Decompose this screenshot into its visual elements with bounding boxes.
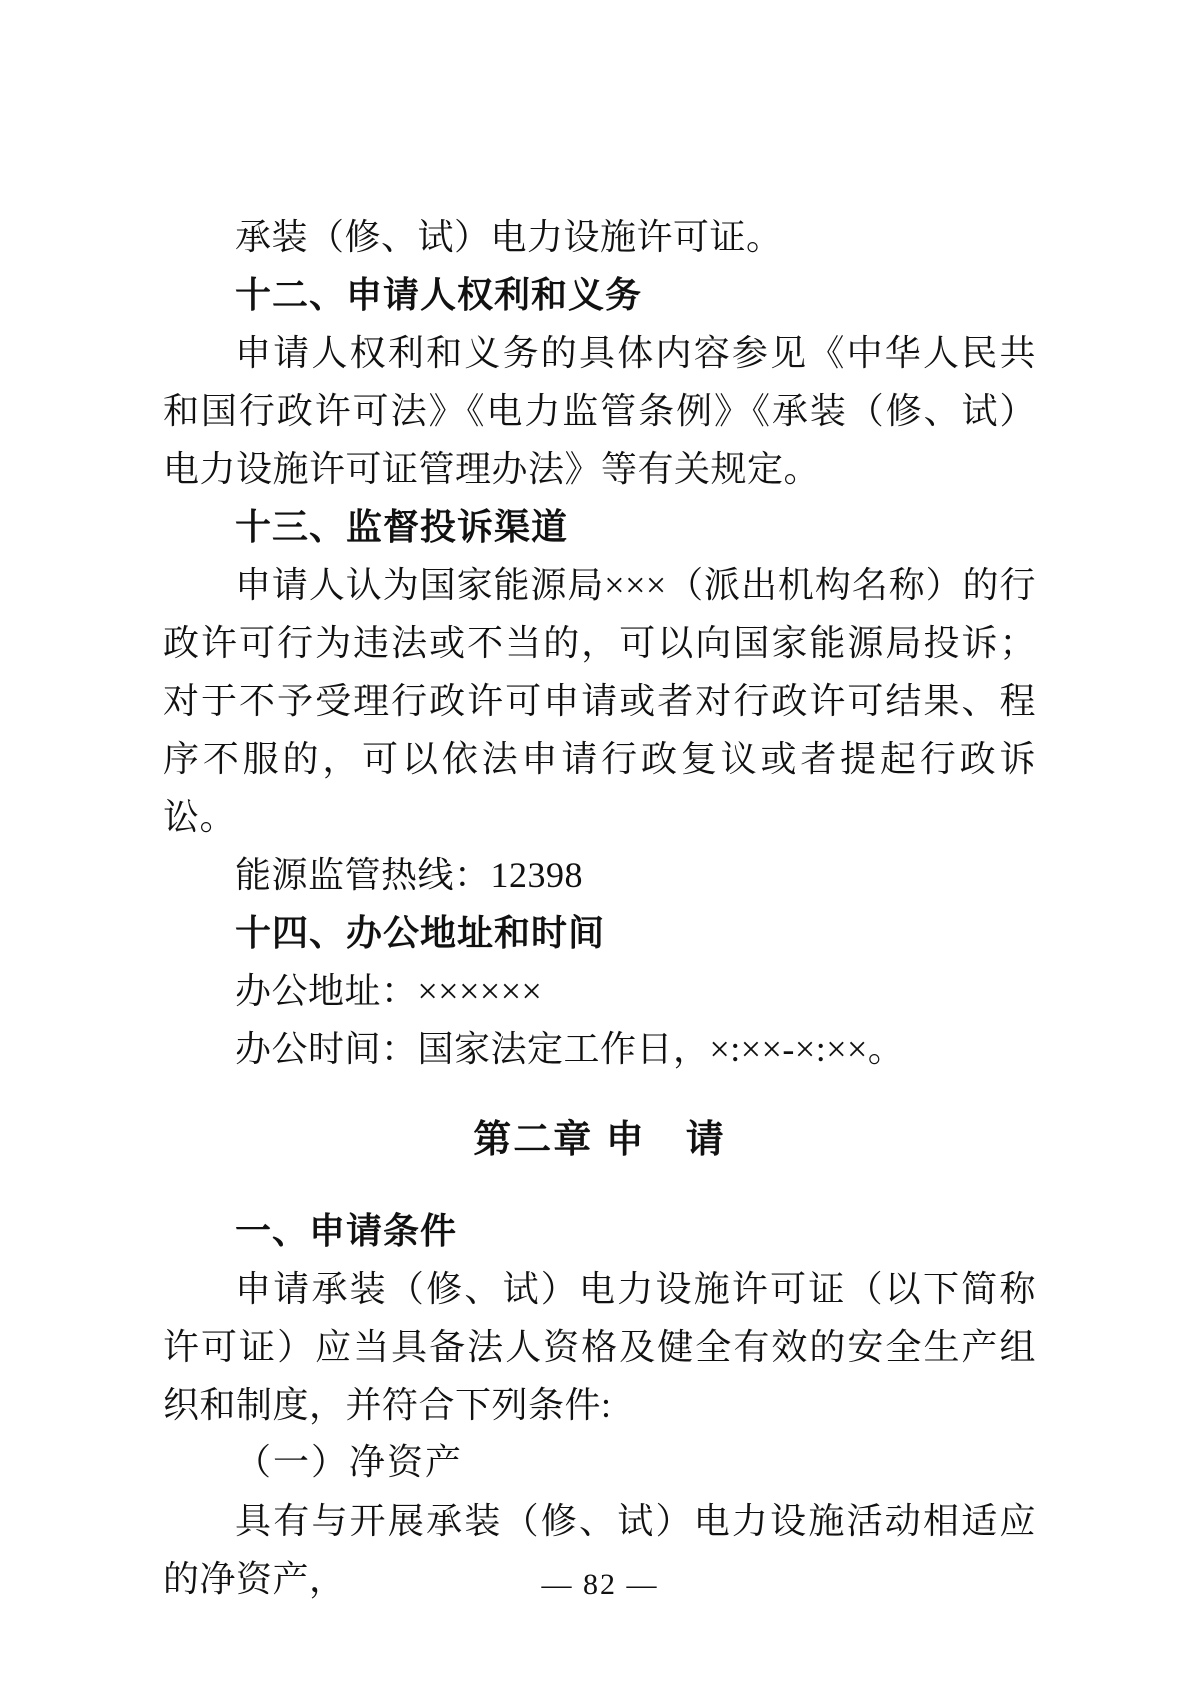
document-content: 承装（修、试）电力设施许可证。十二、申请人权利和义务申请人权利和义务的具体内容参… [163, 208, 1036, 1608]
paragraph: 申请人认为国家能源局×××（派出机构名称）的行政许可行为违法或不当的，可以向国家… [163, 556, 1036, 846]
paragraph: 申请承装（修、试）电力设施许可证（以下简称许可证）应当具备法人资格及健全有效的安… [163, 1260, 1036, 1434]
section-heading: 十四、办公地址和时间 [163, 904, 1036, 962]
sub-item-heading: （一）净资产 [163, 1434, 1036, 1492]
paragraph: 办公时间：国家法定工作日，×:××-×:××。 [163, 1020, 1036, 1078]
page-footer: — 82 — [0, 1568, 1200, 1602]
paragraph: 能源监管热线：12398 [163, 846, 1036, 904]
paragraph: 申请人权利和义务的具体内容参见《中华人民共和国行政许可法》《电力监管条例》《承装… [163, 324, 1036, 498]
chapter-heading: 第二章 申 请 [163, 1111, 1036, 1169]
page-number: — 82 — [542, 1568, 659, 1601]
section-heading: 十三、监督投诉渠道 [163, 498, 1036, 556]
paragraph: 承装（修、试）电力设施许可证。 [163, 208, 1036, 266]
paragraph: 办公地址：×××××× [163, 962, 1036, 1020]
section-heading: 十二、申请人权利和义务 [163, 266, 1036, 324]
document-page: 承装（修、试）电力设施许可证。十二、申请人权利和义务申请人权利和义务的具体内容参… [0, 0, 1200, 1696]
section-heading: 一、申请条件 [163, 1202, 1036, 1260]
